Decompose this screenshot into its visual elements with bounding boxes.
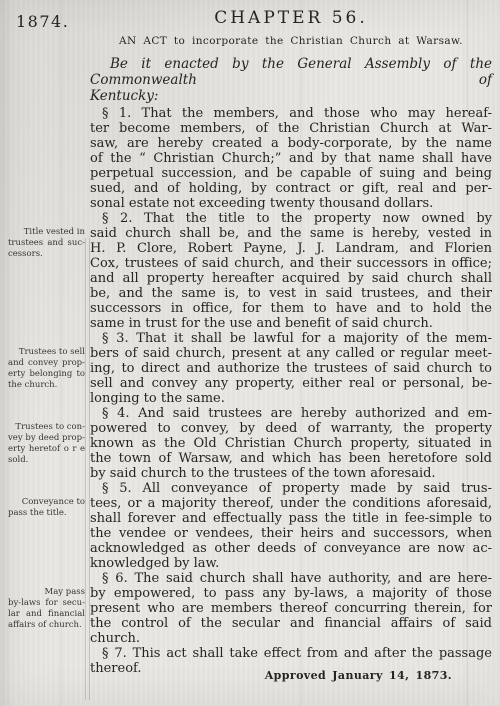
body-line: same in trust for the use and benefit of… (90, 316, 492, 331)
body-line: Cox, trustees of said church, and their … (90, 256, 492, 271)
body-line: longing to the same. (90, 391, 492, 406)
act-section-4: Trustees to con-vey by deed prop-erty he… (90, 406, 492, 481)
body-line: § 4. And said trustees are hereby author… (90, 406, 492, 421)
act-sections: § 1. That the members, and those who may… (90, 106, 492, 676)
page-year: 1874. (16, 12, 69, 31)
margin-note: Conveyance topass the title. (8, 497, 85, 519)
body-line: § 5. All conveyance of property made by … (90, 481, 492, 496)
margin-note-line: lar and financial (8, 609, 85, 620)
body-line: knowledged by law. (90, 556, 492, 571)
body-line: sell and convey any property, either rea… (90, 376, 492, 391)
body-line: by empowered, to pass any by-laws, a maj… (90, 586, 492, 601)
body-line: § 7. This act shall take effect from and… (90, 646, 492, 661)
margin-note: Trustees to con-vey by deed prop-erty he… (8, 422, 85, 466)
approval-line: Approved January 14, 1873. (265, 669, 452, 682)
body-line: tees, or a majority thereof, under the c… (90, 496, 492, 511)
margin-note: Trustees to selland convey prop-erty bel… (8, 347, 85, 391)
margin-note-line: Trustees to con- (8, 422, 85, 433)
body-line: H. P. Clore, Robert Payne, J. J. Landram… (90, 241, 492, 256)
margin-note-line: May pass (8, 587, 85, 598)
act-section-3: Trustees to selland convey prop-erty bel… (90, 331, 492, 406)
body-line: said church shall be, and the same is he… (90, 226, 492, 241)
margin-note-line: Conveyance to (8, 497, 85, 508)
body-line: by said church to the trustees of the to… (90, 466, 492, 481)
margin-note-line: Trustees to sell (8, 347, 85, 358)
margin-note-line: cessors. (8, 249, 85, 260)
body-line: of the “ Christian Church;” and by that … (90, 151, 492, 166)
body-line: bers of said church, present at any call… (90, 346, 492, 361)
act-section-6: May passby-laws for secu-lar and financi… (90, 571, 492, 646)
body-line: powered to convey, by deed of warranty, … (90, 421, 492, 436)
margin-note-line: vey by deed prop- (8, 433, 85, 444)
margin-note: May passby-laws for secu-lar and financi… (8, 587, 85, 631)
enacting-clause: Be it enacted by the General Assembly of… (90, 56, 492, 104)
margin-note: Title vested intrustees and suc-cessors. (8, 227, 85, 260)
body-line: § 1. That the members, and those who may… (90, 106, 492, 121)
body-line: perpetual succession, and be capable of … (90, 166, 492, 181)
act-body: Be it enacted by the General Assembly of… (90, 56, 492, 676)
chapter-heading: CHAPTER 56. (90, 8, 492, 28)
body-line: shall forever and effectually pass the t… (90, 511, 492, 526)
body-line: successors in office, for them to have a… (90, 301, 492, 316)
margin-note-line: Title vested in (8, 227, 85, 238)
body-line: ing, to direct and authorize the trustee… (90, 361, 492, 376)
body-line: the vendee or vendees, their heirs and s… (90, 526, 492, 541)
body-line: sued, and of holding, by contract or gif… (90, 181, 492, 196)
margin-note-line: and convey prop- (8, 358, 85, 369)
body-line: § 2. That the title to the property now … (90, 211, 492, 226)
act-title: AN ACT to incorporate the Christian Chur… (90, 35, 492, 47)
margin-note-line: trustees and suc- (8, 238, 85, 249)
body-line: the control of the secular and financial… (90, 616, 492, 631)
enacting-clause-line: Kentucky: (90, 88, 492, 104)
enacting-clause-line: Be it enacted by the General Assembly of… (90, 56, 492, 88)
act-section-5: Conveyance topass the title.§ 5. All con… (90, 481, 492, 571)
body-line: acknowledged as other deeds of conveyanc… (90, 541, 492, 556)
margin-note-line: erty heretof o r e (8, 444, 85, 455)
body-line: § 6. The said church shall have authorit… (90, 571, 492, 586)
margin-note-line: affairs of church. (8, 620, 85, 631)
body-line: known as the Old Christian Church proper… (90, 436, 492, 451)
body-line: sonal estate not exceeding twenty thousa… (90, 196, 492, 211)
body-line: § 3. That it shall be lawful for a major… (90, 331, 492, 346)
margin-note-line: by-laws for secu- (8, 598, 85, 609)
margin-rule (85, 238, 86, 700)
margin-note-line: erty belonging to (8, 369, 85, 380)
margin-note-line: pass the title. (8, 508, 85, 519)
body-line: saw, are hereby created a body-corporate… (90, 136, 492, 151)
body-line: the town of Warsaw, and which has been h… (90, 451, 492, 466)
scanned-statute-page: 1874. CHAPTER 56. AN ACT to incorporate … (0, 0, 500, 706)
act-section-2: Title vested intrustees and suc-cessors.… (90, 211, 492, 331)
body-line: be, and the same is, to vest in said tru… (90, 286, 492, 301)
body-line: church. (90, 631, 492, 646)
body-line: present who are members thereof concurri… (90, 601, 492, 616)
margin-note-line: sold. (8, 455, 85, 466)
act-section-1: § 1. That the members, and those who may… (90, 106, 492, 211)
body-line: ter become members, of the Christian Chu… (90, 121, 492, 136)
body-line: and all property hereafter acquired by s… (90, 271, 492, 286)
margin-note-line: the church. (8, 380, 85, 391)
